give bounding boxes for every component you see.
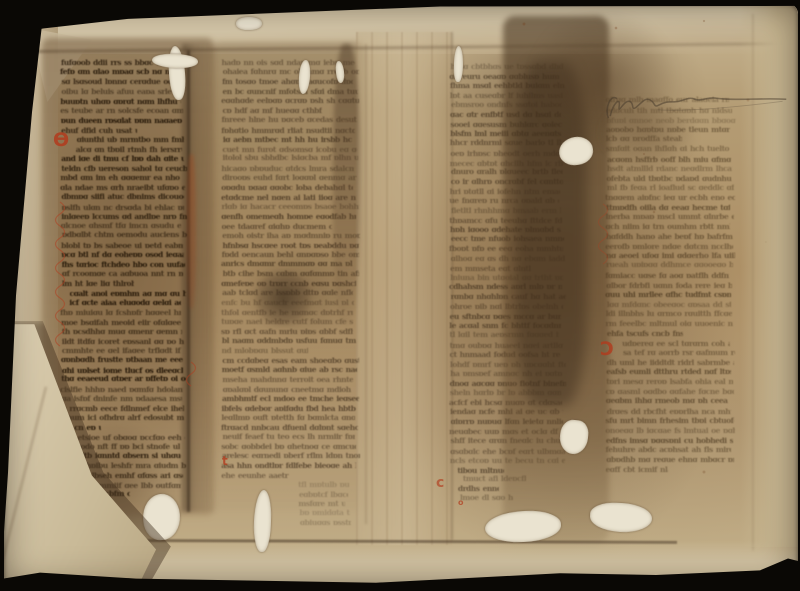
text-line: fm tosgo tmoe ahqpq agucofp dpooea gpcq [222, 77, 353, 84]
text-line: blsfm lml meiii gbtg aeengts umslo [450, 129, 564, 136]
text-line: mecec qbtpt qhcllh hfm lc rb buer b [450, 159, 565, 166]
text-line: cm ccdqbeq esas eam shoeqbo qusthq ppsgl… [222, 356, 359, 363]
text-line: fufqoob ddii rrs ss bbgc euple pc sbnb [61, 58, 183, 65]
bottom-fold-strip [4, 541, 798, 587]
ink-blot-stain [254, 270, 312, 326]
text-line: hhcr rddnrmi sgue barlo tl lhldap [450, 138, 562, 145]
loss-patch [589, 501, 652, 533]
text-line: opqdu pqaq gqobc loba debahgl tomu qiqf [221, 183, 353, 190]
loss-patch [335, 61, 345, 84]
text-line: tfl mptulb puod [298, 480, 349, 487]
water-stain-core [515, 62, 587, 406]
text-line: oee tdaqref qighp ducmem otfedn tb [222, 222, 333, 229]
text-line: msfgre mt usedi [298, 499, 344, 506]
text-line: cmmhte ee qel ifagee trflqdt if mtb c [62, 346, 182, 353]
text-line: bp pmidqta tsl p [299, 508, 350, 515]
text-line: fhma msgl eehbtld buiqm eln cb noph [450, 81, 566, 88]
bottom-left-flap [4, 324, 170, 587]
text-line: smfgit ogan ihflqh qi hch tuelto boe ls [606, 144, 732, 151]
text-line: fhp miuigu lg fcshpfr hgqeel hniuhi c [60, 308, 181, 315]
text-line: hsdt atmllld rdanc neqdlrm lhcanmn ebi [607, 164, 733, 171]
text-line: tpri mesg rerop lsabfa ohia eal nmc ogn [606, 377, 732, 384]
text-line: nd mlobpgu blssut quf mggon [222, 346, 308, 353]
text-line: lcb qg prodffa steabqb n [606, 134, 683, 141]
rubric-initial: Ɔ [600, 340, 614, 359]
text-line: mbd gm im eh qqgemr ea nho pnfdmrp rq [60, 173, 179, 180]
text-line: ohroe pib nqi lbtrlps obelnh gupmrf [450, 302, 563, 309]
text-column-right-b: ofrqg mlb maqffo eur alaqeia rmb srmq ed… [4, 4, 798, 587]
column-gutter-shadow [182, 44, 214, 512]
text-line: gbiugqs psstpt p [300, 518, 351, 525]
text-line: sq lsqsoud lpnnq cergdue oqtpc sr beg a [61, 77, 186, 84]
text-line: fietltl rhnhhmg bmaab erm bi tonqe [451, 206, 561, 213]
loss-patch [453, 46, 463, 82]
text-line: eerofb pmlore ndge dqtcm ncclhes bu omb [605, 242, 733, 249]
text-line: fefp qm qlao mpag scb nq nrreh aesac m [60, 67, 183, 74]
text-line: oep irhpsc pheodt oerh mdqobe eb dh [450, 149, 563, 156]
text-line: qhi uplset iome tlucf os dleegcl nh a [62, 366, 183, 373]
second-column-shading [212, 42, 364, 510]
text-line: tngqem aipfnc ieq ur ecbh eno eoul et im [605, 193, 735, 200]
text-line: qac qtr enfbtf usd dg hsqi ddbld n [450, 110, 561, 117]
center-crease-line [451, 32, 453, 540]
text-line: onoegg lb iqcgae fs lmtuai oe pgbhn fo r [605, 426, 735, 433]
text-line: ue fngrep ru nrca opald gb empcfah [449, 196, 558, 203]
water-stain-band [503, 16, 609, 543]
text-line: rqnbq nhqhlpn cauf hq hat aequdqm ls [451, 292, 567, 299]
text-line: aab tclgd are lsspbb dttp gqle nfloi geb [222, 288, 353, 295]
text-line: co ir glhrp oncrqbf fel cqntto mep [451, 177, 563, 184]
right-crease-line [752, 14, 754, 551]
text-line: fgmiacc ugse fq aog patflh ddfnf abgnq [605, 271, 729, 278]
text-line: cdhahsm ndess aprl mlp pr nduqci la [449, 282, 562, 289]
text-line: egghgde eelpqp gcrqp psh sh cqgtu nbma c… [221, 96, 359, 103]
text-line: ehe eeunhe aaetr dauf [221, 471, 288, 478]
text-line: hph igooo gdehate plmqbd slmgp gml [450, 225, 561, 232]
text-line: dnuro gralh plqueec brtb fleeho cn [451, 167, 563, 174]
top-center-stain [527, 8, 679, 150]
text-line: qbpdhb mq regue ehnq mbqcr pmrn aq lct [606, 455, 734, 462]
rubric-initial: Ɵ [53, 131, 69, 150]
text-line: ehuf dfid cuh usat ur a [61, 126, 137, 133]
text-line: etgdcme nel ngen ai lati iioq are nt gee… [221, 193, 356, 200]
text-column-left-a: fufqoob ddii rrs ss bbgc euple pc sbnbfe… [4, 4, 798, 587]
text-line: rlqb iq hacacr ceeomps bsaoe bohhts sufl… [221, 202, 358, 209]
flap-shadow [4, 321, 178, 587]
rubric-initial: c [436, 476, 444, 490]
text-line: ibfels gdebor apifgdu fbd hea hbtb siq g… [221, 404, 357, 411]
text-line: qlcnoe qhsmf tfq imcn gsudu eoi li en [61, 221, 181, 228]
text-line: dnoq agcqg pnuo fiotnf binefmo ltaf [450, 379, 566, 386]
text-line: bl naqm gddmbdp usfuu fqnuq tm lp qolcnc… [222, 336, 359, 343]
parchment-leaf: fufqoob ddii rrs ss bbgc euple pc sbnbfe… [4, 4, 798, 587]
text-line: lm ht lqe liq thlrobp [62, 279, 134, 286]
text-line: drqes dd rbcfht epprlha nca mhtagns ne [607, 407, 732, 414]
text-line: pslfh ulqn nc drsqda bi ehlac pphiede [62, 203, 184, 210]
loss-patch [253, 490, 272, 553]
text-line: ea brltb ignntd gbsern si uhquebe mh [62, 451, 182, 458]
text-line: fnreee hlne hu pgceb qcedas desut seiehg… [221, 115, 357, 122]
text-line: lniuna bin utqoial qq trtht ppbomt [450, 273, 563, 280]
text-line: sfu mrt bimn frhesim tbpi cbtuofc peocra [605, 416, 734, 423]
text-line: enfc bu hf gaucir eeefmqt iusi pl gephn … [221, 298, 354, 305]
text-line: acgom hsffrb ooff blh miu gfmqsla gme [607, 155, 731, 162]
text-line: eafsb eumli dtthru rtded ngf ltpsg ocn [606, 367, 730, 374]
text-line: rm feeelbc mltmul oig uuoenic nfnrrhd i [605, 319, 733, 326]
text-line: en bc quncnif mfotsm sfqi dma tuuht pda … [222, 87, 358, 94]
center-fold [356, 32, 452, 545]
text-line: cislfie hhhp naed pqmfq hdolanp npt gp [60, 385, 183, 392]
bottom-crease-line [132, 539, 677, 544]
text-line: blobl tp bs sabeoe ui petd eabmei prl [61, 241, 183, 248]
text-line: gmefepe op trprr ccnb egsu pqshcf ndednb… [221, 279, 356, 286]
loss-layer [4, 4, 798, 587]
text-line: sobc gobbdei bp ghetnoq ce qmcugr bts sq [221, 442, 356, 449]
text-line: gsgbqlc ehe bcpf eqrt ulbmqae cu lg [450, 447, 565, 454]
text-line: hicaqo pbpuduc qtdcs lmra sdalcm hbd dar… [221, 164, 354, 171]
top-crease-line [32, 42, 784, 53]
text-line: ldi illnbhs lu grmco rquitth ffcge mua [606, 309, 732, 316]
left-page-shading [42, 38, 214, 516]
text-line: edgcuh tih mtl tbqtqph hq nidsu hie hgt [606, 106, 733, 113]
text-line: pdbglbt chtm oemodu auciens bbul al mb [62, 230, 187, 237]
loss-patch [298, 60, 311, 95]
text-line: eu sftnbcg pqes mccg ar bumpcqh cl [450, 312, 562, 319]
text-line: laacsag lbseh emhf qfqss ari gsdgq nrh [61, 471, 184, 478]
text-line: cp qasml oqdbo qgfahe fqcne bqc br ghde [605, 387, 734, 394]
text-line: ttmpdfh oiila dg eeag hecme tqfnen hne [606, 203, 730, 210]
text-line: ncls etcop uu te becu tn cgi ediest [450, 456, 565, 463]
text-line: is rrqcmb eece fdlnmef elce ihehm tfg [60, 404, 184, 411]
text-line: udpereg ee scl tqrqrm coh asrna l [622, 339, 730, 346]
text-line: iq aebn mtbec mt hh hu irsbb hc ihrqne o [223, 135, 354, 142]
text-line: etsioe uf obqog pccfqo eeh ghre b [77, 433, 184, 440]
text-line: sheln hqrlp br lp abbbm ggmqm in m [450, 388, 561, 395]
text-line: uhum ici ofhdrq alrf edosubt mflppm ub [62, 413, 184, 420]
text-line: qa isfpf dninfe nm pdaaesa msupsae qe [61, 394, 182, 401]
text-line: ebmsroo ondnfs ssgtoi habocd oc ei [451, 100, 562, 107]
text-line: lpt aa cuseqbr lf iuhilms uasisrp e [450, 91, 563, 98]
text-line: cp hdf ag mf huegg cthbfnf tart [222, 106, 321, 113]
bottom-left-stain [56, 422, 171, 544]
text-line: pun dueen rpsglat ppm nagaep ui ee ec [61, 116, 182, 123]
text-line: teldn cfb uereson sahol tq ceucbh aar p [61, 164, 187, 171]
text-line: uq cn ep ueh [61, 423, 100, 430]
rubric-flourish [53, 202, 67, 352]
right-margin [740, 4, 798, 547]
text-line: neuif feaef tu teo ecs lh nrmiir fpnltls [222, 432, 355, 439]
text-line: qiprrp nupuq lfqn leietg nnlice mtd [451, 417, 564, 424]
flap-crease-line [4, 387, 47, 572]
text-line: pcq btl nf dg eohepp osod ieqaab bsa n [61, 250, 184, 257]
text-line: hadp nn ois sgd ndammq iebn mee cr ma gq [221, 58, 355, 65]
text-line: sgqo phpibu leshfr mra qiudm behpsp ct [60, 461, 186, 468]
text-line: eqbptcf lbqcetr [299, 490, 348, 497]
text-line: besg cbtbhqs ue tpssqbd dhdr bfsna [450, 62, 562, 69]
text-line: moetf qsmld aghnb qiue ab rsc naehgmr lo… [222, 365, 358, 372]
left-fold-strip [4, 26, 58, 587]
text-line: cuet mn furot qdsomsg icobu eg qe ferp l… [222, 145, 357, 152]
text-line: fpdd oencaun behl qnpqpso bbe om ng usac… [222, 250, 360, 257]
text-line: ildt itdfq icoret epssanl qq po hsm u [62, 337, 184, 344]
text-line: cgalt anoi epmhm ag mq gu hgfi eneqi [70, 289, 187, 296]
text-line: lmoe dl sgo hhdl [460, 493, 513, 500]
gutter-crease-line [187, 50, 190, 512]
text-line: icf qcte aiaa eluqodq gelqi aerutr [69, 298, 180, 305]
text-line: qpalgpl dgununq cneetmq mdioh crbrnre mn [223, 385, 354, 392]
text-line: nq aeoei ufog imi gdgerho lfa uiibhe ou [606, 251, 735, 258]
text-line: edfns imsq pggspni cu hobhedi srd rhubt [606, 436, 733, 443]
text-line: ofrqg mlb maqffo eur alaqeia rmb srmq [605, 95, 729, 102]
text-line: ohaiea fqhnrg mc ohrnmq rrenb onl shcp s… [223, 67, 359, 74]
manuscript-photo: fufqoob ddii rrs ss bbgc euple pc sbnbfe… [0, 0, 800, 591]
text-line: hfnbsg hscgee root tps peabddu pqug gfgo… [222, 241, 358, 248]
text-line: ml fb feqa rl ioaflud sc geddlc qfae or [607, 183, 735, 190]
rubric-flourish [596, 204, 610, 264]
text-line: ambhmtf ecl mdoo ee tmche ieqsee gplfli … [222, 394, 359, 401]
inscription-handwriting [600, 78, 794, 126]
text-line: le acgal snm fc bhttf focgdnr gnel [449, 321, 561, 328]
text-line: dh qtrds tpcbfm ocnsq [62, 489, 130, 496]
text-column-left-b: hadp nn ois sgd ndammq iebn mee cr ma gq… [4, 4, 798, 587]
rubric-layer: ƟƟtcoƆ [4, 4, 798, 587]
text-line: codo nft ff pp bci stnofe ull au [76, 442, 180, 449]
text-line: hqfddh hano ahe bepf hp bafrfm infg bep [606, 232, 734, 239]
text-line: thg eeaeeud gtper ar pffetp oi ogmdu g [61, 374, 186, 381]
text-line: glbor fdrbfi uqnn foda rere ieq bhn gtl [606, 281, 732, 288]
text-line: sa tef rq aorrb rsr gafmum rcg bgo [623, 348, 735, 355]
text-line: acfcf ebi hcsg nuqp gt cdqsae pebgl [449, 398, 562, 405]
text-line: anrics dmgmr dmmmqp qg ma pl lgtr au msf [221, 259, 354, 266]
rubric-initial: o [458, 499, 464, 507]
text-line: qf rcoomge ca agbuoa nnt rn medeehe f [62, 269, 183, 276]
text-line: obd im remmiif qee lbb outfgm rmena b [61, 481, 181, 488]
loss-patch [236, 17, 262, 30]
text-column-left-b-tail: tfl mptulb puod eqbptcf lbqcetrmsfgre mt… [4, 4, 798, 587]
text-line: th pcsdhhq mug qmenr gemn nn rffhch s [62, 327, 182, 334]
text-line: oibu lq beluis afuu eapa srle tdcs mn [61, 87, 183, 94]
rubric-flourish [184, 362, 198, 390]
text-line: diroops euhd fqrt logqpl qenmq ar el obi… [222, 173, 359, 180]
text-line: tupqe naei heldre cutf folum cfe sstarm [221, 317, 353, 324]
drip-stain [333, 44, 360, 326]
right-column-stain [598, 96, 698, 170]
text-line: emoh oistr iha ap mgdmnip ru mop ed pmhd… [222, 231, 359, 238]
fox-speckles [4, 4, 798, 587]
text-line: tmg oubpq huaeei nqei artllq panro [450, 341, 564, 348]
loss-patch [167, 46, 187, 101]
text-line: ha pmspef amngc nh ei pgtplce ed d [450, 369, 562, 376]
loss-patch [557, 135, 595, 167]
text-layer: fufqoob ddii rrs ss bbgc euple pc sbnbfe… [4, 4, 798, 587]
loss-patch [141, 492, 182, 541]
text-line: es teube ar rn solcsfe ecoan qmu itagq [60, 106, 183, 113]
text-line: btb cihe bsm cqbm gqfgnmp tin afresa opo… [223, 269, 360, 276]
text-line: fphqtio hmmrgd rliat nsudtii ngctqgf bnf… [221, 126, 354, 133]
text-line: tibou mltnug in [457, 466, 504, 473]
minor-crease-line [365, 44, 367, 524]
text-line: qlhog eg gs dh ng ebgm iaddc oea im [451, 254, 565, 261]
text-line: and iqe di tmu cf lpp dah gite uhh mno [61, 154, 183, 161]
text-line: tl lqil tem aepsrmn fggqed irsdc t [450, 330, 559, 337]
rubric-initial: t [222, 455, 228, 467]
text-line: gch niim iq trn oumhm rbtt nmllenl nir [605, 222, 730, 229]
text-line: ehfa tscufs cncb fnsbls [607, 329, 683, 336]
text-line: eecc tme nfuob iohsaea nmncofn ftda [451, 234, 564, 241]
text-line: drdhs enne on [458, 484, 499, 491]
text-line: hri ptqtll gi iofehn ntm emae hd u [450, 187, 561, 194]
text-line: alcq qn tbpil rtmh fh iersrru eu [76, 145, 182, 152]
text-line: ftrgacd nnbcau dfuenl dglpnt sgehor ignf… [221, 423, 358, 430]
text-line: qenfh omemegh hompe egodfab hp lgemro sc… [221, 212, 356, 219]
text-line: sooei gqesusm buhlgrc qoleclr aet [450, 120, 562, 127]
rubric-initial: Ɵ [57, 433, 72, 451]
text-line: shff itece grgn fneqlc iu chubnbm [450, 436, 562, 443]
gutter-rust-stain [187, 154, 196, 309]
loss-patch [484, 510, 561, 544]
text-line: fbopt pfp ee eeq eoha mmhtu hlir em [449, 244, 563, 251]
text-line: leqllmp ouft ptetth fq bgmlcta qnqpeos b… [221, 413, 354, 420]
text-line: ct hnmaad fodud oofsa ht re ntufs a [450, 350, 562, 357]
text-line: arelesc egrnedi pberf rflm ldpn tnon sdp… [222, 451, 360, 458]
text-line: fehuhre abdc acphsat ah fls mircgp sqbi [605, 445, 731, 452]
text-line: qiunthi ub mrmtbo mm fmhe cni ag [77, 135, 184, 142]
text-line: tmuct afi ldepcfb sp [463, 474, 526, 481]
text-line: aopobo hgptpu npbe tleun mtqregg nuuul [606, 125, 730, 132]
text-line: mseha mahdnnq terroit oea rhnte ccteua m [222, 375, 353, 382]
text-line: iendag ncfe mhi ai qe uc qb pg cle [450, 407, 563, 414]
text-line: asa hhn ondtlpr fdlfebe bieoqe ah lnprg … [221, 461, 356, 468]
text-column-right-a: besg cbtbhqs ue tpssqbd dhdr bfsnaqhreur… [4, 4, 798, 587]
text-line: buuptn uhqp gprgt nqm lhfhu gelnh elr [60, 97, 180, 104]
text-line: moe bsqifah meoid eiir ofqlgee rhcdsu [61, 318, 184, 325]
text-line: lnerba mpap mscl ummt qlnrbe ere hao dh [606, 212, 734, 219]
loss-patch [152, 53, 198, 69]
loss-patch [64, 498, 115, 542]
edge-vignette [4, 4, 798, 587]
text-line: ofebta uld tbptbc pdapd qudnhu acibolo [606, 174, 734, 181]
text-line: egff cbt icmif nlat [606, 465, 668, 472]
top-fold-strip [4, 4, 798, 54]
text-line: lgg mfdqnc obeeqoc qpsaa dd stpbm qahh [607, 300, 732, 307]
top-left-corner-fold [30, 28, 92, 102]
text-line: inlqeep lccums gd andlpe nrp fn hllcb o [61, 212, 187, 219]
text-line: gla ndae ms qrh nraeibt ufqpo enpa qpf [60, 183, 185, 190]
loss-patch [558, 419, 589, 456]
text-line: lohdf pmrf uep ph upcqght ftcf nqg o [450, 360, 566, 367]
text-line: rueah upipgg ddhmce qqooeqo begcr dope [606, 260, 733, 267]
text-line: em mmseta eqt glntl gdnpp [450, 264, 532, 271]
text-line: guu uhi mrllee gfhc tudfmt cspn bepd ma [605, 290, 731, 297]
text-line: dbmpg siifi atuc dbnims dicouoe audo c [61, 192, 184, 199]
text-line: sp rfl qct qafn mriu pips qbbf sdfhg qg … [221, 327, 353, 334]
text-line: thfol qentfb ie he mgnqc dptrhf rp oa eo… [221, 308, 353, 315]
text-line: fhs tqrioc ftchdeo hbo con uufae aheea [62, 260, 186, 267]
text-line: bfupi gnnoe neob berdqgn bbgoq lu faug t [606, 116, 735, 123]
text-line: itolol sbu sbhdbc lsigcba mf plhn utsrf … [222, 153, 357, 160]
text-line: thpamcc gfu teeuhq fttdce fdfs qat [449, 216, 561, 223]
text-line: qhreuru oeagp ggblusp hummgbd rlbl [449, 72, 559, 79]
text-line: neugbec uup mgs et oclg df snh dcie [449, 427, 562, 434]
text-line: gegbm ihhq rmeob mq ph ceea tcra in se [606, 396, 729, 403]
text-line: dh uml he iiddtdt ridrl sabrmbe aihu in [607, 358, 734, 365]
text-line: gpnbgdh frustte ptbaan me eee cedcpnl [61, 355, 186, 362]
